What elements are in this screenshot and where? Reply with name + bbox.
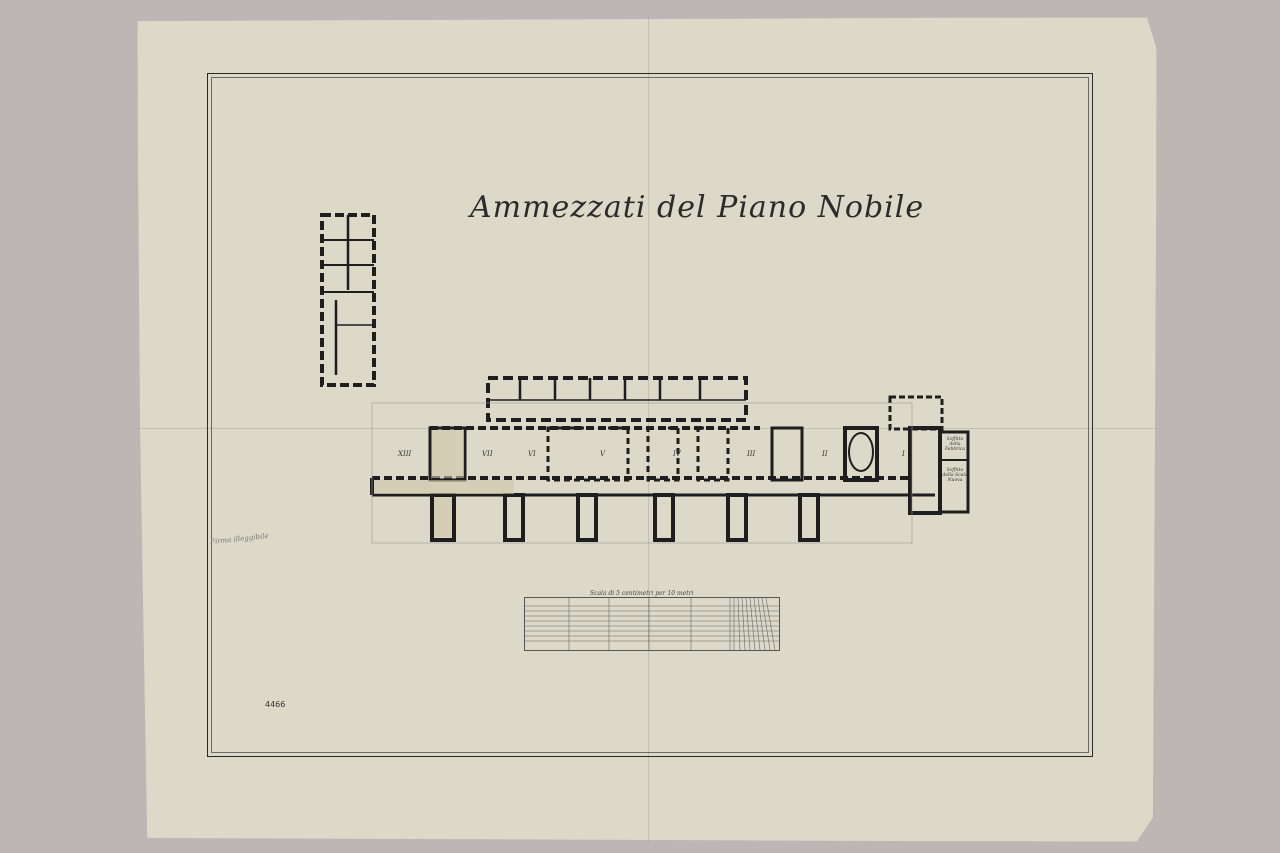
scale-bar <box>524 597 780 651</box>
inventory-number: 4466 <box>265 700 285 709</box>
south-wings <box>432 495 818 540</box>
courtyard-label-v: V <box>600 450 605 458</box>
courtyard-label-vii: VII <box>482 450 493 458</box>
annex-label-lower: Soffitto della Scala Nuova <box>941 468 969 483</box>
north-range <box>488 378 746 420</box>
floor-plan <box>0 0 1280 853</box>
scale-caption: Scala di 5 centimetri per 10 metri <box>590 590 693 597</box>
annex-label-upper: Soffitto della Fabbrica <box>941 437 969 452</box>
courtyard-label-i: I <box>902 450 905 458</box>
tower-wing <box>322 215 374 385</box>
shaded-rooms <box>374 430 514 537</box>
courtyard-label-xiii: XIII <box>398 450 411 458</box>
courtyard-label-iv: IV <box>673 450 681 458</box>
courtyard-label-iii: III <box>747 450 755 458</box>
courtyard-label-vi: VI <box>528 450 536 458</box>
courtyard-label-ii: II <box>822 450 828 458</box>
